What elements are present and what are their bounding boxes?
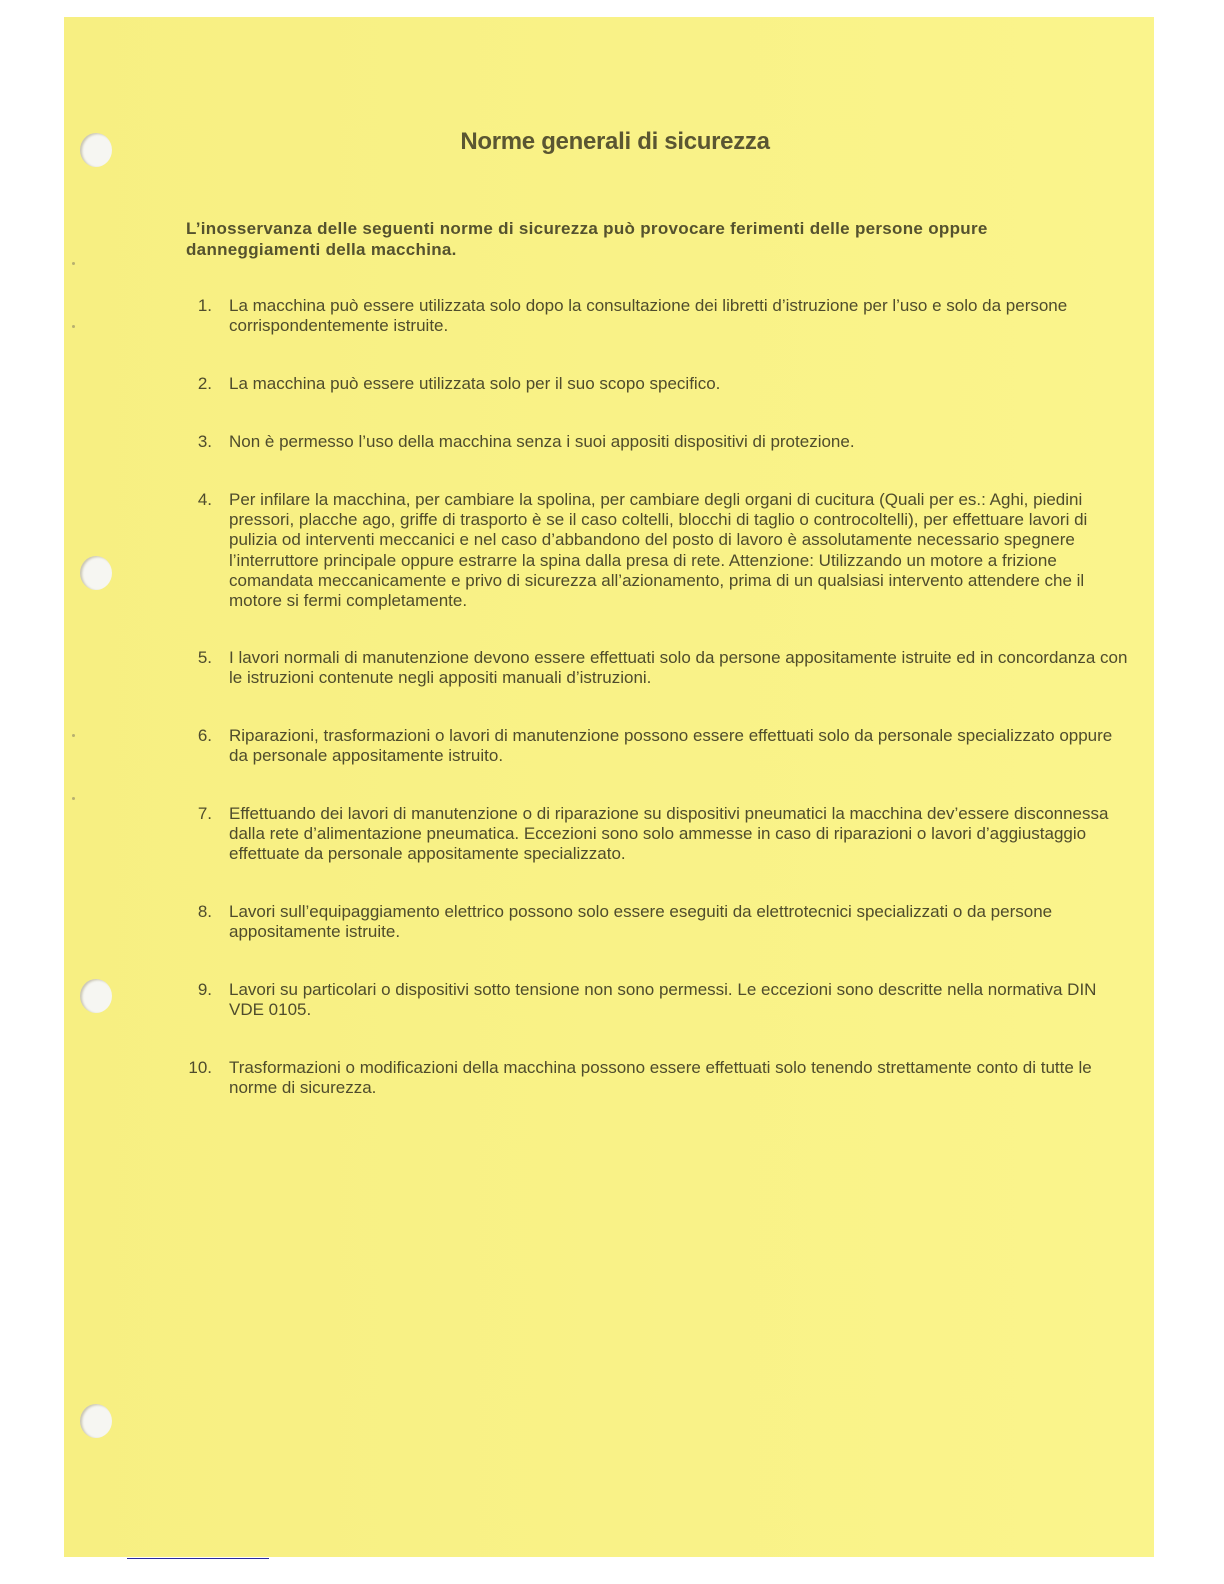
list-item: 10. Trasformazioni o modificazioni della… xyxy=(178,1058,1128,1098)
list-item: 9. Lavori su particolari o dispositivi s… xyxy=(178,980,1128,1020)
item-number: 5. xyxy=(178,648,212,668)
paper-speck xyxy=(72,262,75,265)
list-item: 4. Per infilare la macchina, per cambiar… xyxy=(178,490,1128,611)
list-item: 1. La macchina può essere utilizzata sol… xyxy=(178,296,1128,336)
item-number: 7. xyxy=(178,804,212,824)
item-text: I lavori normali di manutenzione devono … xyxy=(229,648,1128,688)
item-text: Lavori sull’equipaggiamento elettrico po… xyxy=(229,902,1128,942)
item-number: 8. xyxy=(178,902,212,922)
page-title: Norme generali di sicurezza xyxy=(0,128,1224,156)
list-item: 2. La macchina può essere utilizzata sol… xyxy=(178,374,1128,394)
list-item: 5. I lavori normali di manutenzione devo… xyxy=(178,648,1128,688)
paper-speck xyxy=(72,797,75,800)
item-number: 3. xyxy=(178,432,212,452)
item-number: 9. xyxy=(178,980,212,1000)
item-text: Non è permesso l’uso della macchina senz… xyxy=(229,432,1128,452)
item-number: 4. xyxy=(178,490,212,510)
list-item: 6. Riparazioni, trasformazioni o lavori … xyxy=(178,726,1128,766)
item-number: 2. xyxy=(178,374,212,394)
item-text: Riparazioni, trasformazioni o lavori di … xyxy=(229,726,1128,766)
paper-speck xyxy=(72,734,75,737)
punch-hole-icon xyxy=(80,979,112,1013)
item-text: Per infilare la macchina, per cambiare l… xyxy=(229,490,1128,611)
intro-warning: L’inosservanza delle seguenti norme di s… xyxy=(186,218,1116,260)
item-text: Effettuando dei lavori di manutenzione o… xyxy=(229,804,1128,865)
item-number: 10. xyxy=(178,1058,212,1078)
item-text: Trasformazioni o modificazioni della mac… xyxy=(229,1058,1128,1098)
paper-speck xyxy=(72,325,75,328)
punch-hole-icon xyxy=(80,1404,112,1438)
item-text: Lavori su particolari o dispositivi sott… xyxy=(229,980,1128,1020)
list-item: 3. Non è permesso l’uso della macchina s… xyxy=(178,432,1128,452)
list-item: 8. Lavori sull’equipaggiamento elettrico… xyxy=(178,902,1128,942)
punch-hole-icon xyxy=(80,556,112,590)
item-text: La macchina può essere utilizzata solo d… xyxy=(229,296,1128,336)
item-number: 6. xyxy=(178,726,212,746)
list-item: 7. Effettuando dei lavori di manutenzion… xyxy=(178,804,1128,865)
scan-edge-line xyxy=(127,1558,269,1559)
item-number: 1. xyxy=(178,296,212,316)
item-text: La macchina può essere utilizzata solo p… xyxy=(229,374,1128,394)
